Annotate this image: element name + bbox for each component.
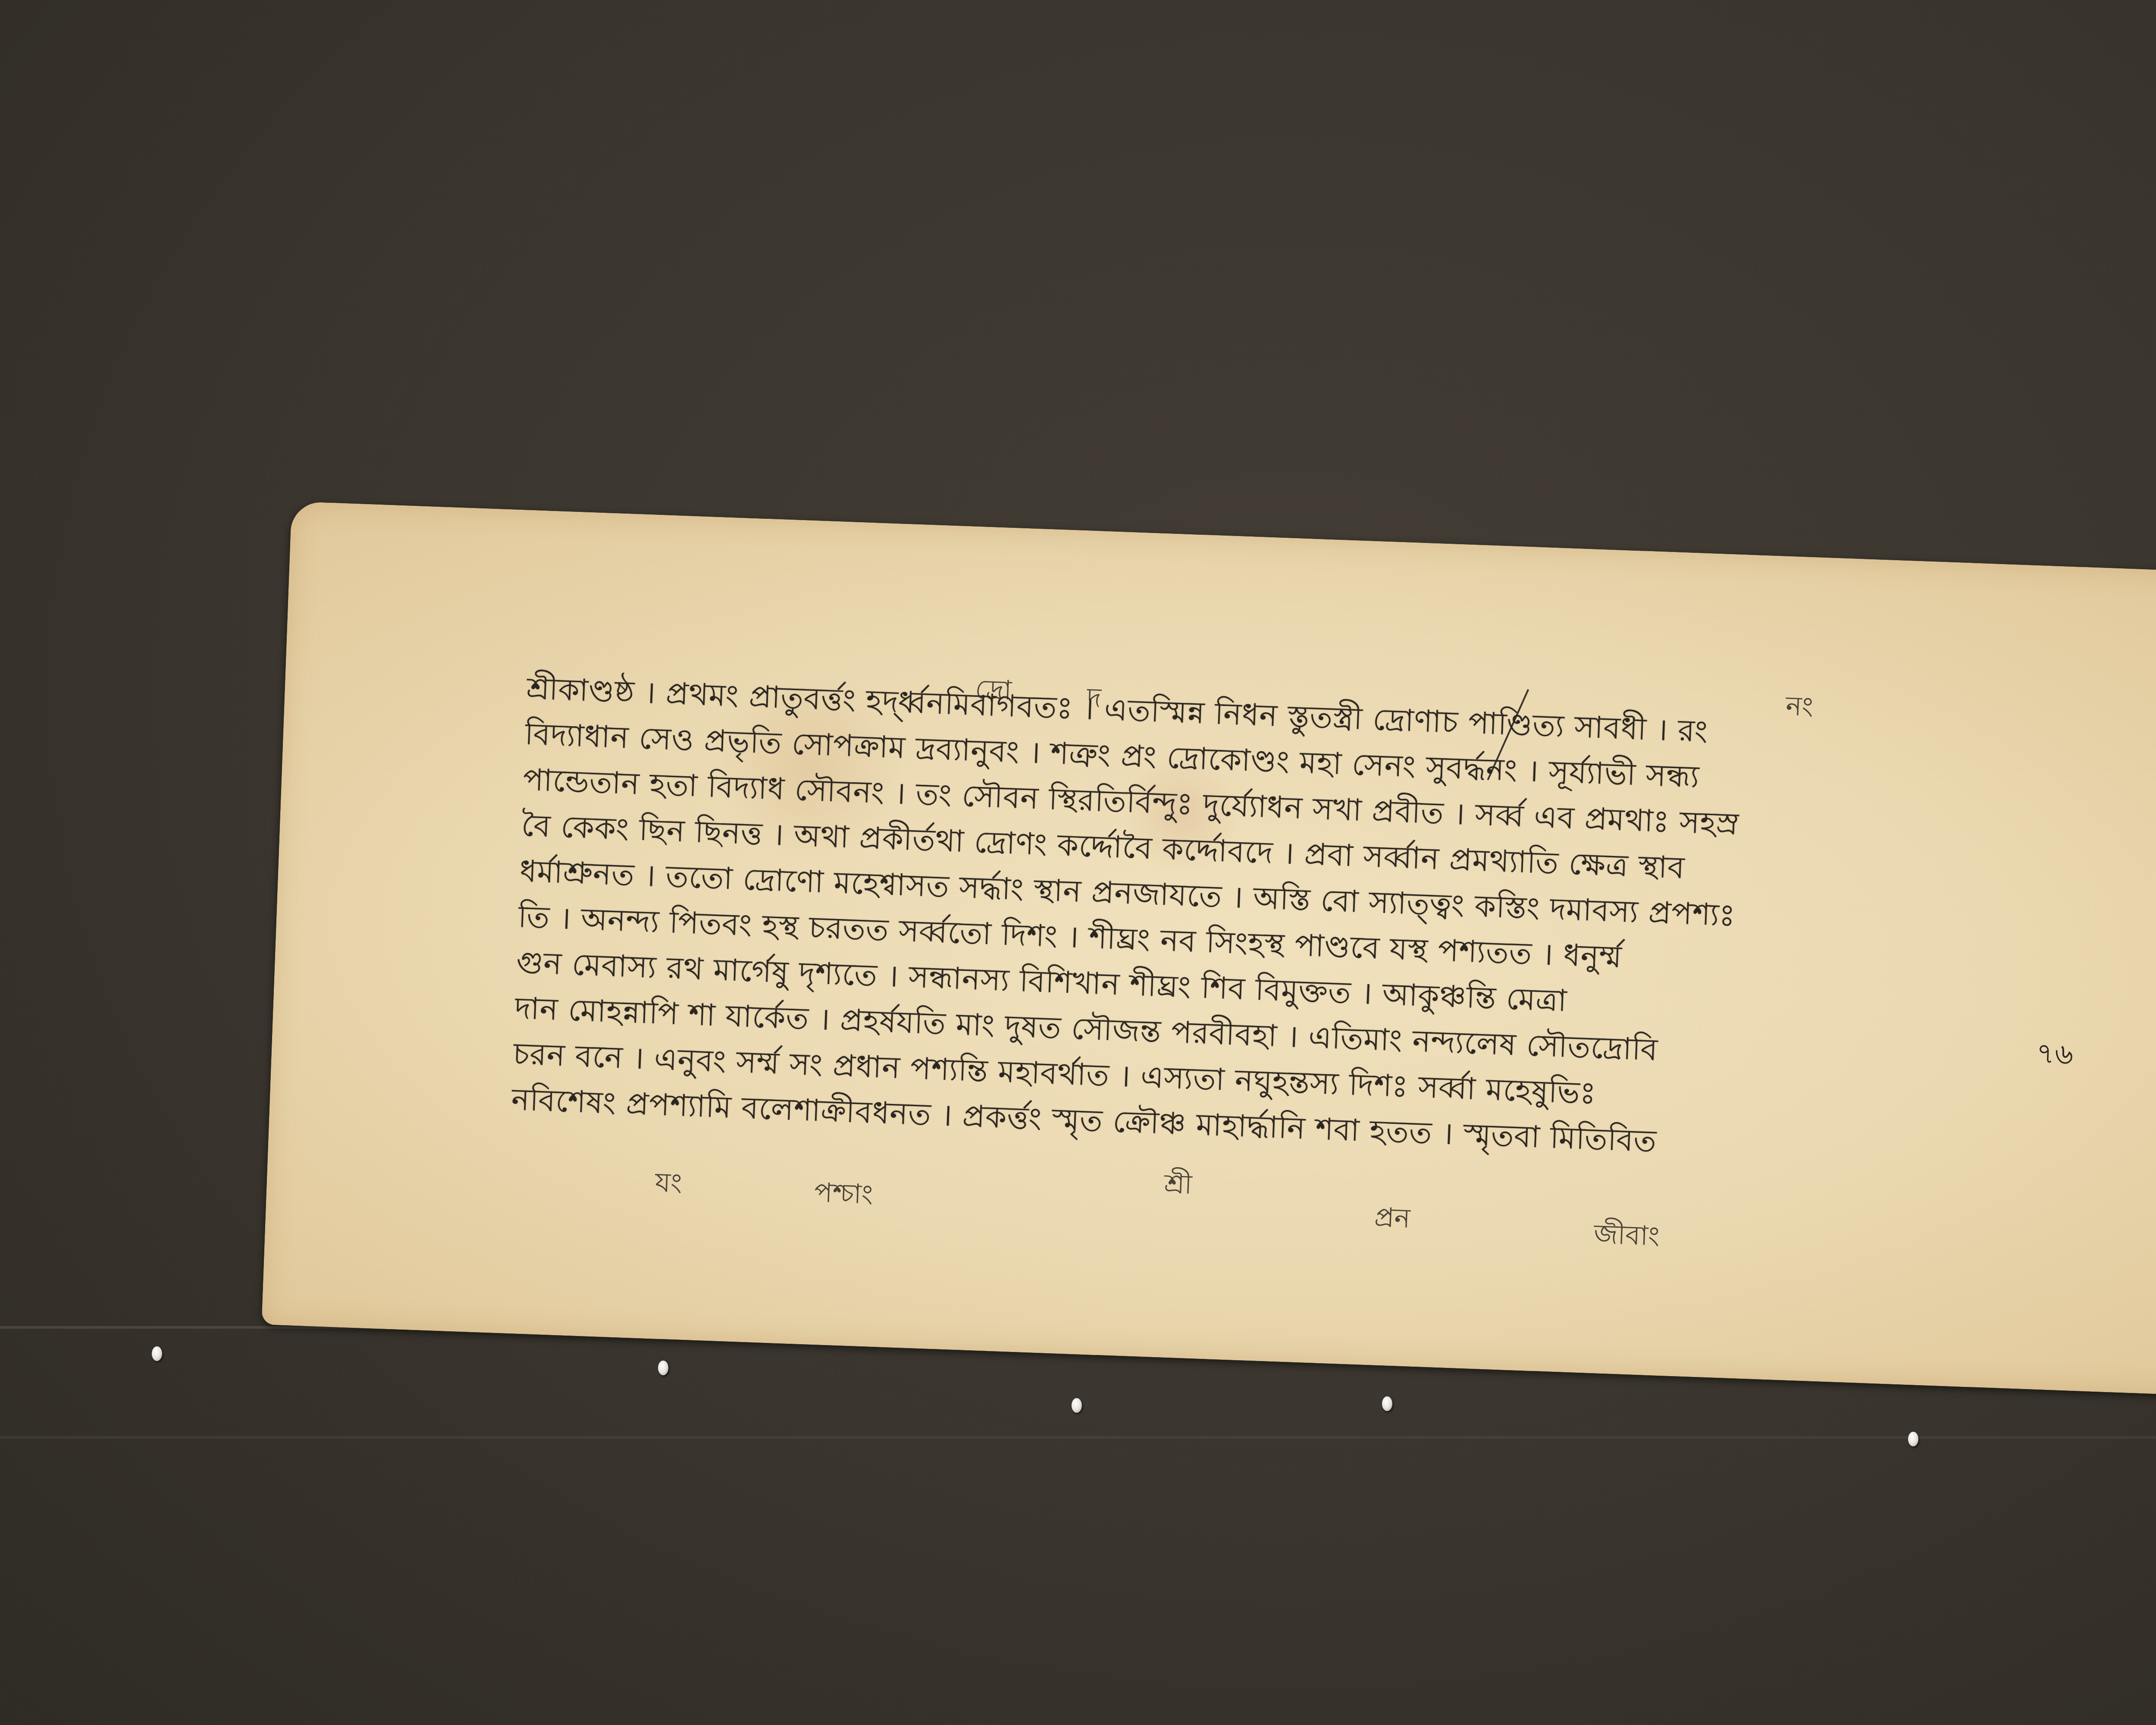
bottom-marginal-note: প্রন <box>1373 1197 1411 1243</box>
bottom-marginal-note: শ্রী <box>1163 1164 1193 1209</box>
mounting-pin <box>152 1346 162 1361</box>
mounting-pin <box>1382 1396 1392 1411</box>
manuscript-leaf: দ্রো দ নং শ্রীকাণ্ডষ্ঠ । প্রথমং প্রাতুবৰ… <box>262 501 2156 1396</box>
bottom-marginal-note: যং <box>654 1162 683 1207</box>
mounting-pin <box>658 1361 668 1375</box>
mount-crease <box>0 1436 2156 1439</box>
mounting-pin <box>1072 1398 1082 1413</box>
mounting-pin <box>1908 1432 1918 1446</box>
bottom-marginal-note: পশ্চাং <box>814 1172 874 1219</box>
bottom-marginal-note: জীবাং <box>1593 1214 1660 1261</box>
folio-number: ৭৬ <box>2035 1032 2074 1080</box>
manuscript-text: শ্রীকাণ্ডষ্ঠ । প্রথমং প্রাতুবৰ্ত্তং হর্দ… <box>511 665 2044 1178</box>
